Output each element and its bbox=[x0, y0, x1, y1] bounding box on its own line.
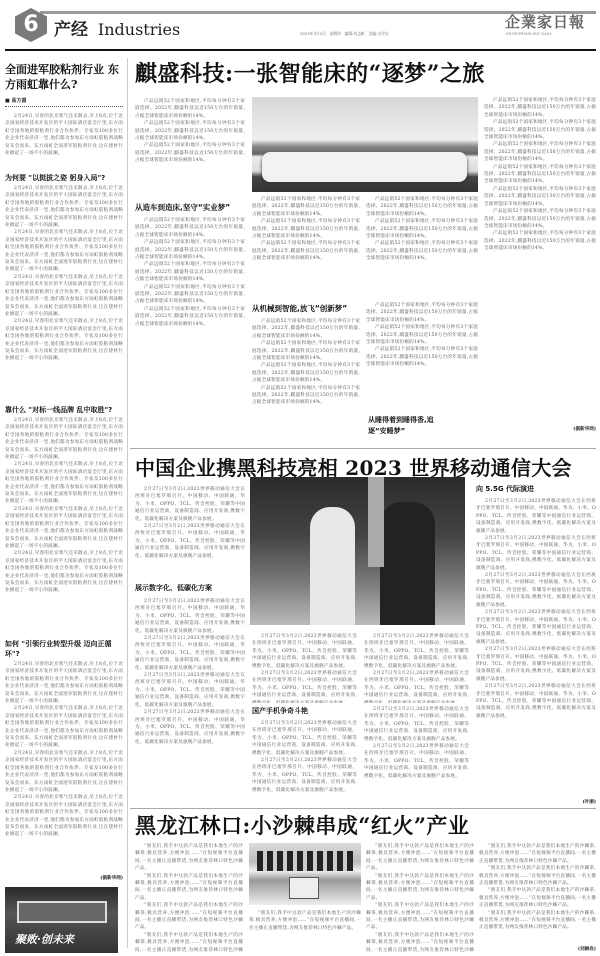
column-divider bbox=[127, 58, 128, 948]
seabuckthorn-products-photo bbox=[249, 843, 361, 905]
shelf-bottles bbox=[257, 851, 353, 871]
mwc-body-col2b: 2月27日至3月2日,2023世界移动通信大会在西班牙巴塞罗那召开。中国移动、中… bbox=[252, 720, 357, 800]
mwc-booth-photo bbox=[250, 477, 465, 625]
bottom-body-col4: “朋友们,我手中这款产品是我们本地生产的沙棘茶,极具营养,方便冲泡……”在短视频… bbox=[479, 843, 596, 947]
paper-logo: 企業家日報 bbox=[505, 14, 585, 31]
person-silhouette bbox=[310, 507, 355, 625]
person-silhouette bbox=[380, 502, 435, 625]
bottom-body-col3: “朋友们,我手中这款产品是我们本地生产的沙棘茶,极具营养,方便冲泡……”在短视频… bbox=[366, 843, 474, 953]
issue-date: 2023年3月2日 bbox=[300, 31, 326, 36]
factory-aerial-photo bbox=[252, 97, 478, 192]
gift-box bbox=[289, 877, 319, 899]
masthead: 6 产经 Industries 2023年3月2日 星期四 编辑:肖志彬 美编:… bbox=[0, 0, 600, 62]
body-text: 2月24日,早春的北京寒气还未散去,早上8点,位于北京国家经济技术开发区的平大国… bbox=[5, 185, 123, 403]
section-en: Industries bbox=[98, 20, 180, 39]
main-body-col2: 产品远销52个国家和地区,平均每分钟有3个家庭选择。2022年,麒盛科技以近15… bbox=[252, 196, 360, 301]
designer: 美编:吉学启 bbox=[368, 31, 388, 36]
section-divider bbox=[130, 448, 596, 449]
main-credit: (据新华网) bbox=[550, 426, 596, 432]
bottom-photo-caption: “朋友们,我手中这款产品是我们本地生产的沙棘茶,极具营养,方便冲泡……”在短视频… bbox=[249, 910, 361, 954]
section-cn: 产经 bbox=[54, 20, 88, 40]
article-left: 全面进军胶粘剂行业 东方雨虹靠什么? ■ 高方圆 2月24日,早春的北京寒气还未… bbox=[5, 60, 123, 846]
pillar bbox=[368, 477, 384, 567]
page-number: 6 bbox=[23, 12, 38, 37]
main-subhead-1: 从造车到造床,坚守“实业梦” bbox=[135, 203, 250, 213]
factory-roof bbox=[262, 152, 467, 182]
event-stage-photo: 聚败·创未来 bbox=[5, 887, 118, 953]
main-body-col3b: 产品远销52个国家和地区,平均每分钟有3个家庭选择。2022年,麒盛科技以近15… bbox=[366, 302, 478, 407]
paper-logo-en: ENTREPRENEURS' DAILY bbox=[506, 31, 552, 36]
body-text: 2月24日,早春的北京寒气还未散去,早上8点,位于北京国家经济技术开发区的平大国… bbox=[5, 417, 123, 637]
mwc-lead: 2月27日至3月2日,2023世界移动通信大会在西班牙巴塞罗那召开。中国移动、中… bbox=[135, 486, 245, 578]
section-title: 产经 Industries bbox=[54, 20, 180, 40]
main-headline: 麒盛科技:一张智能床的“逐梦”之旅 bbox=[135, 60, 485, 88]
subhead-1: 为何要 "以挺拔之姿 躬身入局"? bbox=[5, 173, 123, 183]
main-body-col2b: 产品远销52个国家和地区,平均每分钟有3个家庭选择。2022年,麒盛科技以近15… bbox=[252, 318, 360, 448]
mwc-credit: (叶丽) bbox=[560, 799, 596, 805]
article-left-headline: 全面进军胶粘剂行业 东方雨虹靠什么? bbox=[5, 62, 123, 92]
editor: 编辑:肖志彬 bbox=[345, 31, 365, 36]
photo-caption: 聚败·创未来 bbox=[15, 933, 74, 947]
mwc-body-col2: 2月27日至3月2日,2023世界移动通信大会在西班牙巴塞罗那召开。中国移动、中… bbox=[252, 633, 357, 703]
main-subhead-2: 从机械到智能,放飞“创新梦” bbox=[252, 304, 362, 314]
bottom-credit: (刘赫垚) bbox=[540, 946, 596, 952]
body-text: 2月24日,早春的北京寒气还未散去,早上8点,位于北京国家经济技术开发区的平大国… bbox=[5, 661, 123, 875]
main-body: 产品远销52个国家和地区,平均每分钟有3个家庭选择。2022年,麒盛科技以近15… bbox=[135, 217, 245, 447]
article-left-credit: (据新华网) bbox=[5, 875, 123, 881]
byline: ■ 高方圆 bbox=[5, 98, 123, 107]
masthead-rule bbox=[5, 49, 596, 51]
main-lead: 产品远销52个国家和地区,平均每分钟有3个家庭选择。2022年,麒盛科技以近15… bbox=[135, 98, 245, 198]
stage-banner bbox=[17, 901, 107, 923]
subhead-3: 如何 "引领行业转型升级 迈向正循环"? bbox=[5, 639, 123, 659]
mwc-subhead-3: 向 5.5G 代际演进 bbox=[476, 484, 534, 494]
mwc-body-col3: 2月27日至3月2日,2023世界移动通信大会在西班牙巴塞罗那召开。中国移动、中… bbox=[364, 633, 469, 703]
issue-info: 2023年3月2日 星期四 编辑:肖志彬 美编:吉学启 bbox=[300, 31, 389, 36]
mwc-subhead-1: 展示数字化、低碳化方案 bbox=[135, 583, 212, 593]
article-left-intro: 2月24日,早春的北京寒气还未散去,早上8点,位于北京国家经济技术开发区的平大国… bbox=[5, 113, 123, 171]
mwc-subhead-2: 国产手机争奇斗艳 bbox=[252, 706, 308, 716]
main-body-col3: 产品远销52个国家和地区,平均每分钟有3个家庭选择。2022年,麒盛科技以近15… bbox=[366, 196, 478, 301]
mwc-body-col4: 2月27日至3月2日,2023世界移动通信大会在西班牙巴塞罗那召开。中国移动、中… bbox=[476, 498, 596, 798]
issue-weekday: 星期四 bbox=[330, 31, 341, 36]
bottom-headline: 黑龙江林口:小沙棘串成“红火”产业 bbox=[135, 813, 469, 839]
main-body-col4: 产品远销52个国家和地区,平均每分钟有3个家庭选择。2022年,麒盛科技以近15… bbox=[484, 97, 596, 425]
mwc-body-col1: 2月27日至3月2日,2023世界移动通信大会在西班牙巴塞罗那召开。中国移动、中… bbox=[135, 598, 245, 798]
bottom-body-col1: “朋友们,我手中这款产品是我们本地生产的沙棘茶,极具营养,方便冲泡……”在短视频… bbox=[135, 843, 243, 953]
subhead-2: 靠什么 "对标一线品牌 乱中取胜"? bbox=[5, 405, 123, 415]
main-subhead-3: 从睡得着到睡得香,追逐“安睡梦” bbox=[368, 415, 438, 437]
mwc-body-col3b: 2月27日至3月2日,2023世界移动通信大会在西班牙巴塞罗那召开。中国移动、中… bbox=[364, 706, 469, 798]
section-divider bbox=[130, 808, 596, 809]
